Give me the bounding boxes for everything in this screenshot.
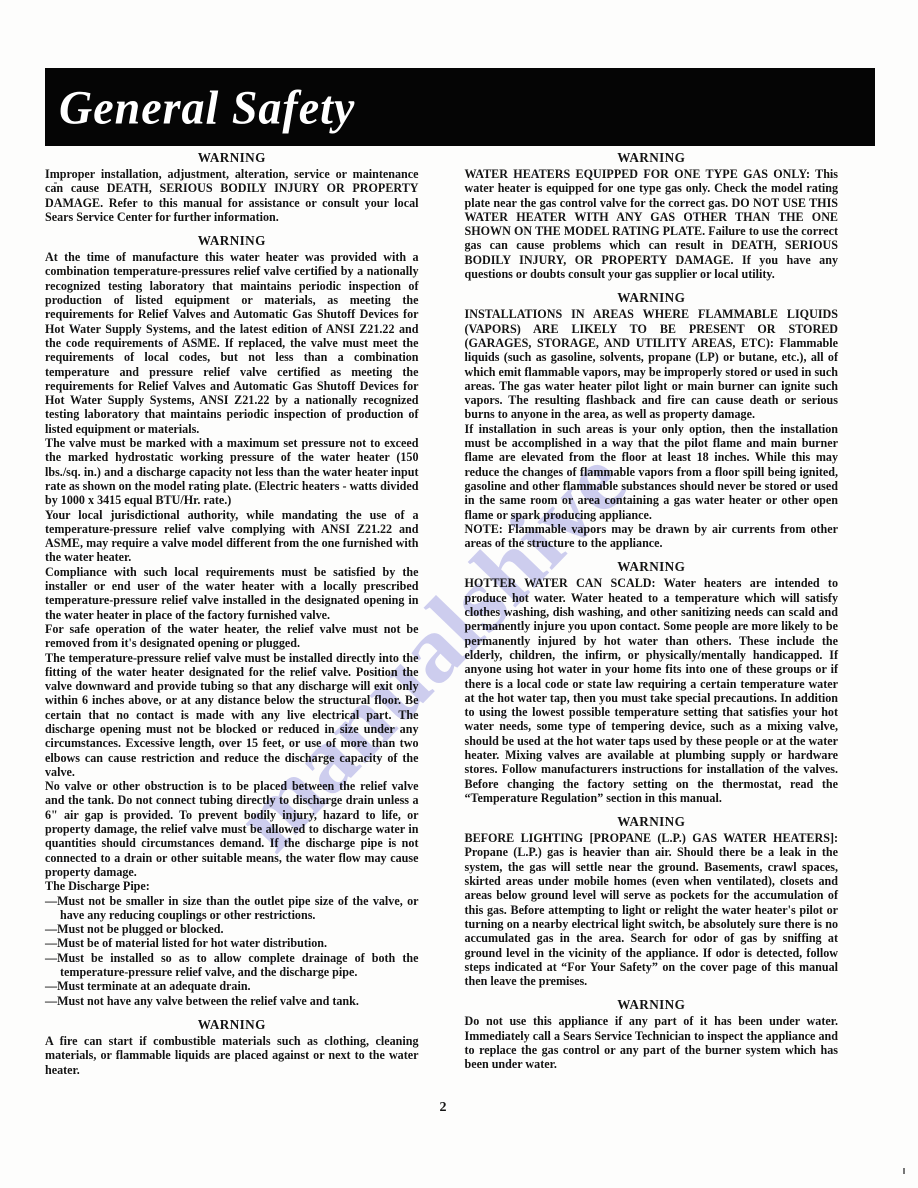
discharge-pipe-rule: —Must be installed so as to allow comple… [45,951,419,980]
warning-paragraph: INSTALLATIONS IN AREAS WHERE FLAMMABLE L… [465,307,839,421]
warning-heading: WARNING [45,1017,419,1033]
warning-paragraph: Do not use this appliance if any part of… [465,1014,839,1071]
warning-paragraph: Compliance with such local requirements … [45,565,419,622]
left-column: WARNING Improper installation, adjustmen… [45,150,419,1077]
warning-heading: WARNING [465,150,839,166]
warning-section: WARNING INSTALLATIONS IN AREAS WHERE FLA… [465,290,839,550]
warning-heading: WARNING [45,233,419,249]
warning-paragraph: BEFORE LIGHTING [PROPANE (L.P.) GAS WATE… [465,831,839,988]
discharge-pipe-intro: The Discharge Pipe: [45,879,419,893]
discharge-pipe-rule: —Must not have any valve between the rel… [45,994,419,1008]
warning-paragraph: For safe operation of the water heater, … [45,622,419,651]
warning-paragraph: A fire can start if combustible material… [45,1034,419,1077]
page-title-banner: General Safety [45,68,875,146]
warning-paragraph: The temperature-pressure relief valve mu… [45,651,419,780]
warning-paragraph: HOTTER WATER CAN SCALD: Water heaters ar… [465,576,839,805]
manual-page: General Safety manualshive WARNING Impro… [0,0,918,1188]
warning-section: WARNING A fire can start if combustible … [45,1017,419,1077]
warning-section: WARNING At the time of manufacture this … [45,233,419,1008]
warning-paragraph: The valve must be marked with a maximum … [45,436,419,507]
warning-heading: WARNING [45,150,419,166]
warning-section: WARNING Improper installation, adjustmen… [45,150,419,224]
warning-heading: WARNING [465,290,839,306]
warning-heading: WARNING [465,559,839,575]
warning-paragraph: Your local jurisdictional authority, whi… [45,508,419,565]
warning-paragraph: Improper installation, adjustment, alter… [45,167,419,224]
warning-heading: WARNING [465,997,839,1013]
page-title: General Safety [59,79,355,134]
discharge-pipe-rule: —Must not be smaller in size than the ou… [45,894,419,923]
discharge-pipe-rule: —Must terminate at an adequate drain. [45,979,419,993]
warning-section: WARNING Do not use this appliance if any… [465,997,839,1071]
page-number: 2 [0,1100,886,1116]
text-columns: WARNING Improper installation, adjustmen… [45,150,838,1077]
scan-artifact [54,182,57,184]
warning-section: WARNING BEFORE LIGHTING [PROPANE (L.P.) … [465,814,839,988]
warning-paragraph: WATER HEATERS EQUIPPED FOR ONE TYPE GAS … [465,167,839,281]
scan-artifact [903,1168,905,1174]
discharge-pipe-rule: —Must not be plugged or blocked. [45,922,419,936]
right-column: WARNING WATER HEATERS EQUIPPED FOR ONE T… [465,150,839,1077]
warning-section: WARNING HOTTER WATER CAN SCALD: Water he… [465,559,839,805]
warning-paragraph: NOTE: Flammable vapors may be drawn by a… [465,522,839,551]
warning-paragraph: No valve or other obstruction is to be p… [45,779,419,879]
warning-paragraph: At the time of manufacture this water he… [45,250,419,436]
discharge-pipe-rule: —Must be of material listed for hot wate… [45,936,419,950]
warning-heading: WARNING [465,814,839,830]
warning-paragraph: If installation in such areas is your on… [465,422,839,522]
warning-section: WARNING WATER HEATERS EQUIPPED FOR ONE T… [465,150,839,281]
